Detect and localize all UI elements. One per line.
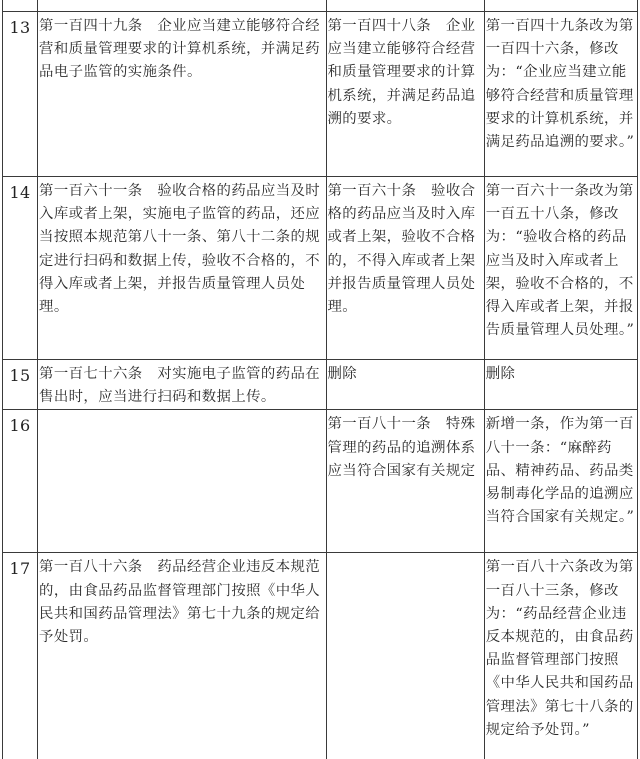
table-row-16: 16 第一百八十一条 特殊管理的药品的追溯体系应当符合国家有关规定 新增一条，作…	[3, 410, 638, 553]
change-description-cell	[484, 0, 637, 12]
row-number-cell: 13	[3, 12, 38, 177]
table-row-17: 17 第一百八十六条 药品经营企业违反本规范的，由食品药品监督管理部门按照《中华…	[3, 553, 638, 759]
draft-text-cell: 第一百六十条 验收合格的药品应当及时入库或者上架，验收不合格的，不得入库或者上架…	[326, 177, 484, 360]
row-number-cell: 15	[3, 360, 38, 410]
original-text-cell: 第一百六十一条 验收合格的药品应当及时入库或者上架，实施电子监管的药品，还应当按…	[38, 177, 326, 360]
comparison-table: 13 第一百四十九条 企业应当建立能够符合经营和质量管理要求的计算机系统，并满足…	[2, 0, 638, 759]
table-row-15: 15 第一百七十六条 对实施电子监管的药品在售出时，应当进行扫码和数据上传。 删…	[3, 360, 638, 410]
table-row-14: 14 第一百六十一条 验收合格的药品应当及时入库或者上架，实施电子监管的药品，还…	[3, 177, 638, 360]
row-number-cell	[3, 0, 38, 12]
original-text-cell: 第一百八十六条 药品经营企业违反本规范的，由食品药品监督管理部门按照《中华人民共…	[38, 553, 326, 759]
draft-text-cell	[326, 0, 484, 12]
row-number-cell: 16	[3, 410, 38, 553]
original-text-cell: 第一百四十九条 企业应当建立能够符合经营和质量管理要求的计算机系统，并满足药品电…	[38, 12, 326, 177]
table-row-13: 13 第一百四十九条 企业应当建立能够符合经营和质量管理要求的计算机系统，并满足…	[3, 12, 638, 177]
draft-text-cell: 删除	[326, 360, 484, 410]
draft-text-cell: 第一百四十八条 企业应当建立能够符合经营和质量管理要求的计算机系统，并满足药品追…	[326, 12, 484, 177]
change-description-cell: 第一百四十九条改为第一百四十六条，修改为：“企业应当建立能够符合经营和质量管理要…	[484, 12, 637, 177]
original-text-cell	[38, 410, 326, 553]
original-text-cell: 第一百七十六条 对实施电子监管的药品在售出时，应当进行扫码和数据上传。	[38, 360, 326, 410]
change-description-cell: 第一百六十一条改为第一百五十八条，修改为：“验收合格的药品应当及时入库或者上架，…	[484, 177, 637, 360]
change-description-cell: 新增一条，作为第一百八十一条：“麻醉药品、精神药品、药品类易制毒化学品的追溯应当…	[484, 410, 637, 553]
table-row-previous	[3, 0, 638, 12]
row-number-cell: 17	[3, 553, 38, 759]
change-description-cell: 删除	[484, 360, 637, 410]
draft-text-cell	[326, 553, 484, 759]
draft-text-cell: 第一百八十一条 特殊管理的药品的追溯体系应当符合国家有关规定	[326, 410, 484, 553]
row-number-cell: 14	[3, 177, 38, 360]
original-text-cell	[38, 0, 326, 12]
change-description-cell: 第一百八十六条改为第一百八十三条，修改为：“药品经营企业违反本规范的，由食品药品…	[484, 553, 637, 759]
